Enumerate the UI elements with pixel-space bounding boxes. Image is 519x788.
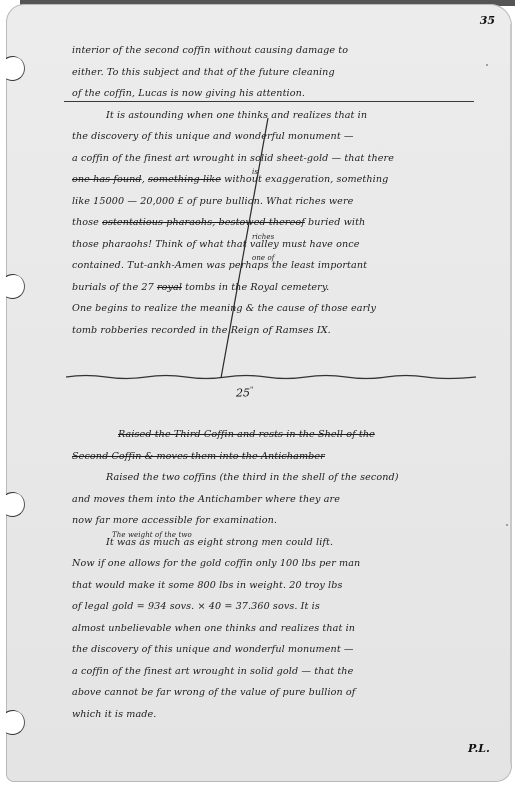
- line-text: contained. Tut-ankh-Amen was perhaps the…: [72, 260, 367, 271]
- line-text: which it is made.: [72, 709, 156, 720]
- manuscript-line: burials of the 27 royal tombs in the Roy…: [72, 277, 482, 299]
- lower-text-block: Raised the Third Coffin and rests in the…: [72, 424, 482, 725]
- section-divider: [66, 374, 476, 380]
- line-text: without exaggeration, something: [221, 174, 388, 185]
- manuscript-line: above cannot be far wrong of the value o…: [72, 682, 482, 704]
- section-number-value: 25: [236, 387, 250, 400]
- line-text: those: [72, 217, 102, 228]
- manuscript-line: that would make it some 800 lbs in weigh…: [72, 575, 482, 597]
- section-number-mark: ": [250, 386, 253, 394]
- manuscript-line: interior of the second coffin without ca…: [72, 40, 482, 62]
- struck-heading-line: Raised the Third Coffin and rests in the…: [72, 424, 482, 446]
- interlinear-insertion: is: [252, 162, 258, 184]
- author-initials: P.L.: [468, 742, 490, 755]
- struck-text: one has found: [72, 174, 142, 185]
- punch-hole-icon: [6, 56, 25, 81]
- manuscript-line: almost unbelievable when one thinks and …: [72, 618, 482, 640]
- manuscript-line: of legal gold = 934 sovs. × 40 = 37.360 …: [72, 596, 482, 618]
- manuscript-line: One begins to realize the meaning & the …: [72, 298, 482, 320]
- manuscript-line: contained. Tut-ankh-Amen was perhaps the…: [72, 255, 482, 277]
- line-text: those pharaohs! Think of what that valle…: [72, 239, 360, 250]
- manuscript-line: tomb robberies recorded in the Reign of …: [72, 320, 482, 342]
- struck-text: royal: [157, 282, 182, 293]
- manuscript-line: which it is made.: [72, 704, 482, 726]
- interlinear-insertion: The weight of the two: [112, 525, 192, 547]
- line-text: Raised the two coffins (the third in the…: [106, 472, 399, 483]
- line-text: It is astounding when one thinks and rea…: [106, 110, 367, 121]
- line-text: buried with: [305, 217, 365, 228]
- manuscript-line: like 15000 — 20,000 £ of pure bullion. W…: [72, 191, 482, 213]
- manuscript-line: and moves them into the Antichamber wher…: [72, 489, 482, 511]
- line-text: burials of the 27: [72, 282, 157, 293]
- struck-text: ostentatious pharaohs, bestowed thereof: [102, 217, 305, 228]
- line-text: tomb robberies recorded in the Reign of …: [72, 325, 331, 336]
- interlinear-insertion: one of: [252, 248, 275, 270]
- line-text: almost unbelievable when one thinks and …: [72, 623, 355, 634]
- manuscript-line: those ostentatious pharaohs, bestowed th…: [72, 212, 482, 234]
- line-text: Now if one allows for the gold coffin on…: [72, 558, 360, 569]
- manuscript-line: the discovery of this unique and wonderf…: [72, 639, 482, 661]
- manuscript-line: those pharaohs! Think of what that valle…: [72, 234, 482, 256]
- interlinear-insertion: riches: [252, 227, 274, 249]
- line-text: and moves them into the Antichamber wher…: [72, 494, 340, 505]
- manuscript-line: It was as much as eight strong men could…: [72, 532, 482, 554]
- manuscript-line: a coffin of the finest art wrought in so…: [72, 148, 482, 170]
- line-text: interior of the second coffin without ca…: [72, 45, 348, 56]
- manuscript-line: either. To this subject and that of the …: [72, 62, 482, 84]
- manuscript-line: the discovery of this unique and wonderf…: [72, 126, 482, 148]
- underline-rule: [64, 101, 474, 102]
- line-text: of the coffin, Lucas is now giving his a…: [72, 88, 305, 99]
- line-text: One begins to realize the meaning & the …: [72, 303, 376, 314]
- struck-text: something like: [148, 174, 221, 185]
- manuscript-line: It is astounding when one thinks and rea…: [72, 105, 482, 127]
- line-text: like 15000 — 20,000 £ of pure bullion. W…: [72, 196, 353, 207]
- manuscript-line: Raised the two coffins (the third in the…: [72, 467, 482, 489]
- paper-speck: [486, 64, 488, 66]
- line-text: the discovery of this unique and wonderf…: [72, 644, 354, 655]
- struck-heading-text: Raised the Third Coffin and rests in the…: [118, 429, 375, 440]
- page-number: 35: [480, 14, 495, 27]
- page-edge: [510, 24, 512, 764]
- line-text: either. To this subject and that of the …: [72, 67, 335, 78]
- punch-hole-icon: [6, 274, 25, 299]
- line-text: above cannot be far wrong of the value o…: [72, 687, 355, 698]
- struck-heading-line: Second Coffin & moves them into the Anti…: [72, 446, 482, 468]
- line-text: a coffin of the finest art wrought in so…: [72, 666, 353, 677]
- line-text: that would make it some 800 lbs in weigh…: [72, 580, 343, 591]
- punch-hole-icon: [6, 710, 25, 735]
- line-text: the discovery of this unique and wonderf…: [72, 131, 354, 142]
- manuscript-line: one has found, something like without ex…: [72, 169, 482, 191]
- scan-frame: 35 interior of the second coffin without…: [0, 0, 519, 788]
- section-number: 25": [236, 386, 253, 400]
- line-text: of legal gold = 934 sovs. × 40 = 37.360 …: [72, 601, 320, 612]
- paper-speck: [506, 524, 508, 526]
- line-text: a coffin of the finest art wrought in so…: [72, 153, 394, 164]
- manuscript-line: Now if one allows for the gold coffin on…: [72, 553, 482, 575]
- upper-text-block: interior of the second coffin without ca…: [72, 40, 482, 341]
- struck-heading-text: Second Coffin & moves them into the Anti…: [72, 451, 325, 462]
- line-text: tombs in the Royal cemetery.: [182, 282, 329, 293]
- manuscript-line: a coffin of the finest art wrought in so…: [72, 661, 482, 683]
- punch-hole-icon: [6, 492, 25, 517]
